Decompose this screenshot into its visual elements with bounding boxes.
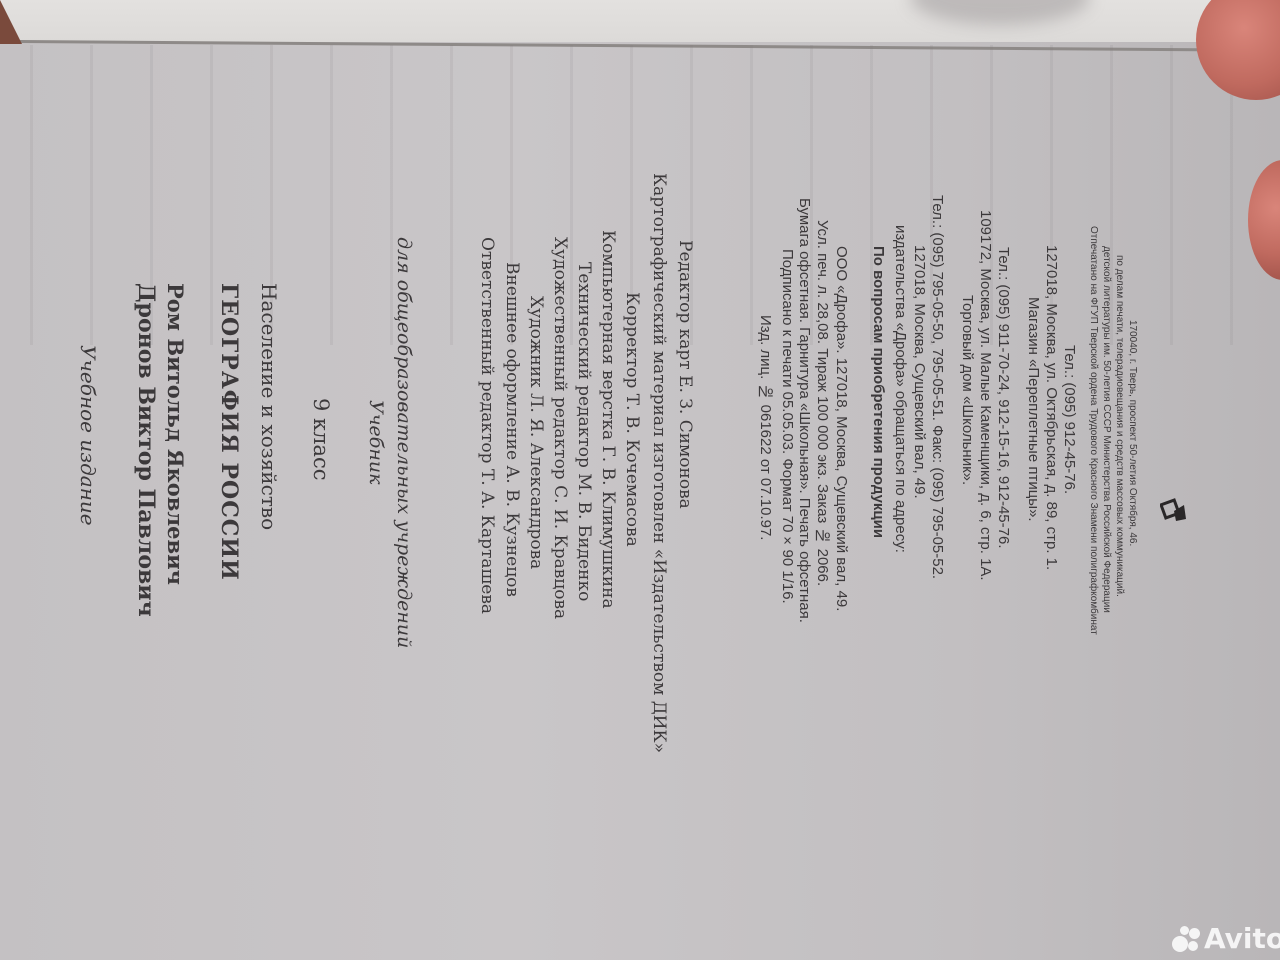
credit-line: Внешнее оформление А. В. Кузнецов <box>503 262 520 597</box>
purchase-heading: По вопросам приобретения продукции <box>871 246 886 538</box>
avito-watermark: Avito <box>1172 922 1280 955</box>
imprint-line: Подписано к печати 05.05.03. Формат 70×9… <box>780 249 795 604</box>
avito-text: Avito <box>1204 922 1280 955</box>
imprint-line: Усл. печ. л. 28,08. Тираж 100 000 экз. З… <box>815 220 830 586</box>
purchase-line: Тел.: (095) 795-05-50, 795-05-51. Факс: … <box>930 195 945 579</box>
book-subtitle: Население и хозяйство <box>259 283 279 530</box>
book-cover-corner <box>0 0 22 44</box>
book-title: ГЕОГРАФИЯ РОССИИ <box>218 283 240 581</box>
printer-line: 170040, г. Тверь, проспект 50-летия Октя… <box>1127 320 1137 546</box>
credit-line: Технический редактор М. В. Биденко <box>575 262 592 601</box>
credit-line: Ответственный редактор Т. А. Карташева <box>478 237 495 614</box>
credit-line: Корректор Т. В. Кочемасова <box>623 292 640 547</box>
store-phone: Тел.: (095) 912-45-76. <box>1062 345 1077 494</box>
purchase-line: издательства «Дрофа» обращаться по адрес… <box>893 225 908 553</box>
purchase-line: 127018, Москва, Сущевский вал, 49. <box>912 245 927 499</box>
author-2: Ром Витольд Яковлевич <box>165 283 186 585</box>
store-address: 127018, Москва, ул. Октябрьская, д. 89, … <box>1044 245 1059 570</box>
printer-line: по делам печати, телерадиовещания и сред… <box>1114 255 1124 597</box>
audience: для общеобразовательных учреждений <box>394 237 413 648</box>
printer-line: Отпечатано на ФГУП Тверской ордена Трудо… <box>1088 226 1098 635</box>
imprint-line: ООО «Дрофа». 127018, Москва, Сущевский в… <box>834 246 849 611</box>
book-type: Учебник <box>366 400 385 485</box>
store-phone: Тел.: (095) 911-70-24, 912-15-16, 912-45… <box>996 247 1011 549</box>
store-name: Магазин «Переплетные птицы». <box>1026 297 1041 522</box>
printer-line: детской литературы им. 50-летия СССР Мин… <box>1101 246 1111 613</box>
store-address: 109172, Москва, ул. Малые Каменщики, д. … <box>978 210 993 581</box>
author-1: Дронов Виктор Павлович <box>135 283 157 617</box>
credit-line: Компьютерная верстка Г. В. Климушкина <box>599 230 616 609</box>
avito-dots-icon <box>1172 926 1200 952</box>
credit-line: Художественный редактор С. И. Кравцова <box>551 237 568 619</box>
imprint-line: Изд. лиц. № 061622 от 07.10.97. <box>758 315 773 540</box>
imprint-line: Бумага офсетная. Гарнитура «Школьная». П… <box>797 198 812 623</box>
store-name: Торговый дом «Школьник». <box>960 295 975 485</box>
credit-line: Редактор карт Е. З. Симонова <box>676 240 693 509</box>
credit-line: Картографический материал изготовлен «Из… <box>650 173 667 753</box>
credit-line: Художник Л. Я. Александрова <box>527 296 544 569</box>
grade: 9 класс <box>310 398 331 481</box>
next-page-strip <box>0 0 1280 42</box>
edition-type: Учебное издание <box>78 345 98 526</box>
publisher-logo-icon <box>1160 497 1190 523</box>
photo: Учебное издание Дронов Виктор Павлович Р… <box>0 0 1280 960</box>
